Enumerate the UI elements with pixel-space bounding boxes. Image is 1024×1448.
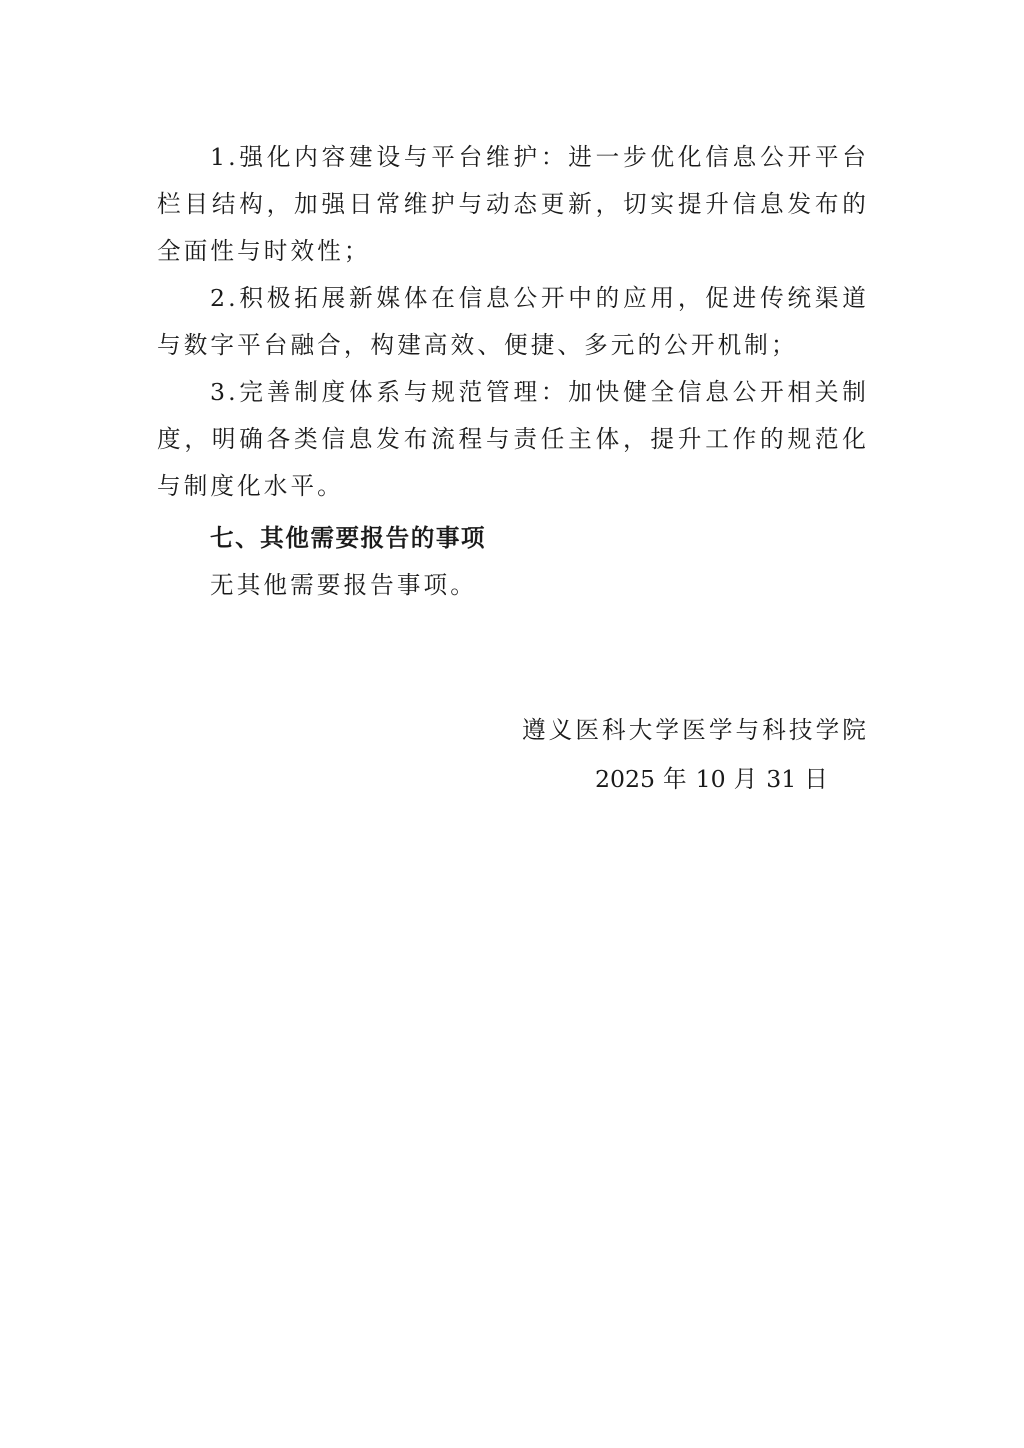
- list-item-2: 2.积极拓展新媒体在信息公开中的应用，促进传统渠道与数字平台融合，构建高效、便捷…: [157, 275, 869, 369]
- document-page: 1.强化内容建设与平台维护：进一步优化信息公开平台栏目结构，加强日常维护与动态更…: [0, 0, 1024, 1448]
- date-month-unit: 月: [734, 765, 759, 793]
- list-item-3: 3.完善制度体系与规范管理：加快健全信息公开相关制度，明确各类信息发布流程与责任…: [157, 369, 869, 510]
- improvement-list: 1.强化内容建设与平台维护：进一步优化信息公开平台栏目结构，加强日常维护与动态更…: [157, 134, 869, 510]
- date-day-unit: 日: [804, 765, 829, 793]
- date-year-unit: 年: [663, 765, 688, 793]
- section-body-text: 无其他需要报告事项。: [210, 562, 477, 609]
- date-day: 31: [766, 765, 796, 793]
- date-year: 2025: [595, 765, 655, 793]
- list-item-1: 1.强化内容建设与平台维护：进一步优化信息公开平台栏目结构，加强日常维护与动态更…: [157, 134, 869, 275]
- section-heading-other-matters: 七、其他需要报告的事项: [210, 515, 486, 562]
- signature-date: 2025年10月31日: [595, 756, 837, 803]
- signature-organization: 遵义医科大学医学与科技学院: [522, 707, 869, 754]
- date-month: 10: [696, 765, 726, 793]
